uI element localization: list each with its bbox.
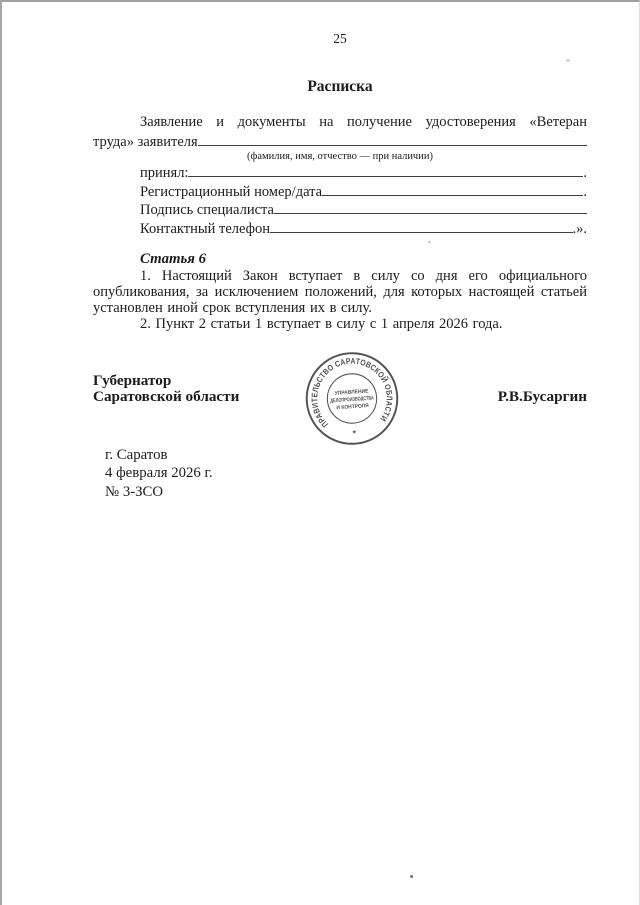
name-caption: (фамилия, имя, отчество — при наличии) (93, 151, 587, 163)
signer-post-line2: Саратовской области (93, 389, 239, 406)
signature-block: Губернатор Саратовской области Р.В.Бусар… (93, 373, 587, 407)
field-label: Контактный телефон (140, 221, 270, 238)
field-suffix: .». (573, 221, 588, 238)
field-row-contact-phone: Контактный телефон .». (140, 219, 587, 238)
document-page: 25 Расписка Заявление и документы на пол… (0, 0, 640, 905)
field-row-specialist-signature: Подпись специалиста (140, 200, 587, 219)
applicant-name-blank-line (198, 131, 587, 146)
blank-line (274, 200, 587, 214)
field-label: Подпись специалиста (140, 202, 274, 219)
stamp-center-line1: УПРАВЛЕНИЕ (334, 388, 369, 396)
scan-speck (428, 241, 431, 243)
receipt-intro-line2-label: труда» заявителя (93, 133, 198, 151)
receipt-intro-line1: Заявление и документы на получение удост… (93, 113, 587, 131)
article6-clause2: 2. Пункт 2 статьи 1 вступает в силу с 1 … (93, 316, 587, 332)
field-row-received-by: принял: . (140, 163, 587, 182)
signer-name: Р.В.Бусаргин (498, 389, 587, 406)
issuance-city: г. Саратов (105, 446, 587, 464)
article6-clause1: 1. Настоящий Закон вступает в силу со дн… (93, 268, 587, 317)
article6-heading: Статья 6 (93, 251, 587, 268)
receipt-title: Расписка (93, 77, 587, 96)
blank-line (270, 219, 572, 233)
blank-line (322, 182, 583, 196)
field-label: Регистрационный номер/дата (140, 184, 322, 201)
field-label: принял: (140, 165, 188, 182)
page-number: 25 (93, 31, 587, 47)
official-round-stamp: ПРАВИТЕЛЬСТВО САРАТОВСКОЙ ОБЛАСТИ * УПРА… (292, 346, 412, 451)
blank-line (188, 163, 583, 177)
issuance-date: 4 февраля 2026 г. (105, 464, 587, 482)
stamp-star-icon: * (352, 428, 357, 438)
issuance-block: г. Саратов 4 февраля 2026 г. № 3-ЗСО (105, 446, 587, 501)
receipt-intro-line2: труда» заявителя (93, 131, 587, 151)
scan-speck (410, 875, 413, 878)
field-row-registration-number: Регистрационный номер/дата . (140, 182, 587, 201)
scan-speck (566, 59, 570, 62)
field-suffix: . (583, 184, 587, 201)
field-suffix: . (583, 165, 587, 182)
stamp-center-line3: И КОНТРОЛЯ (336, 403, 369, 411)
issuance-number: № 3-ЗСО (105, 483, 587, 501)
